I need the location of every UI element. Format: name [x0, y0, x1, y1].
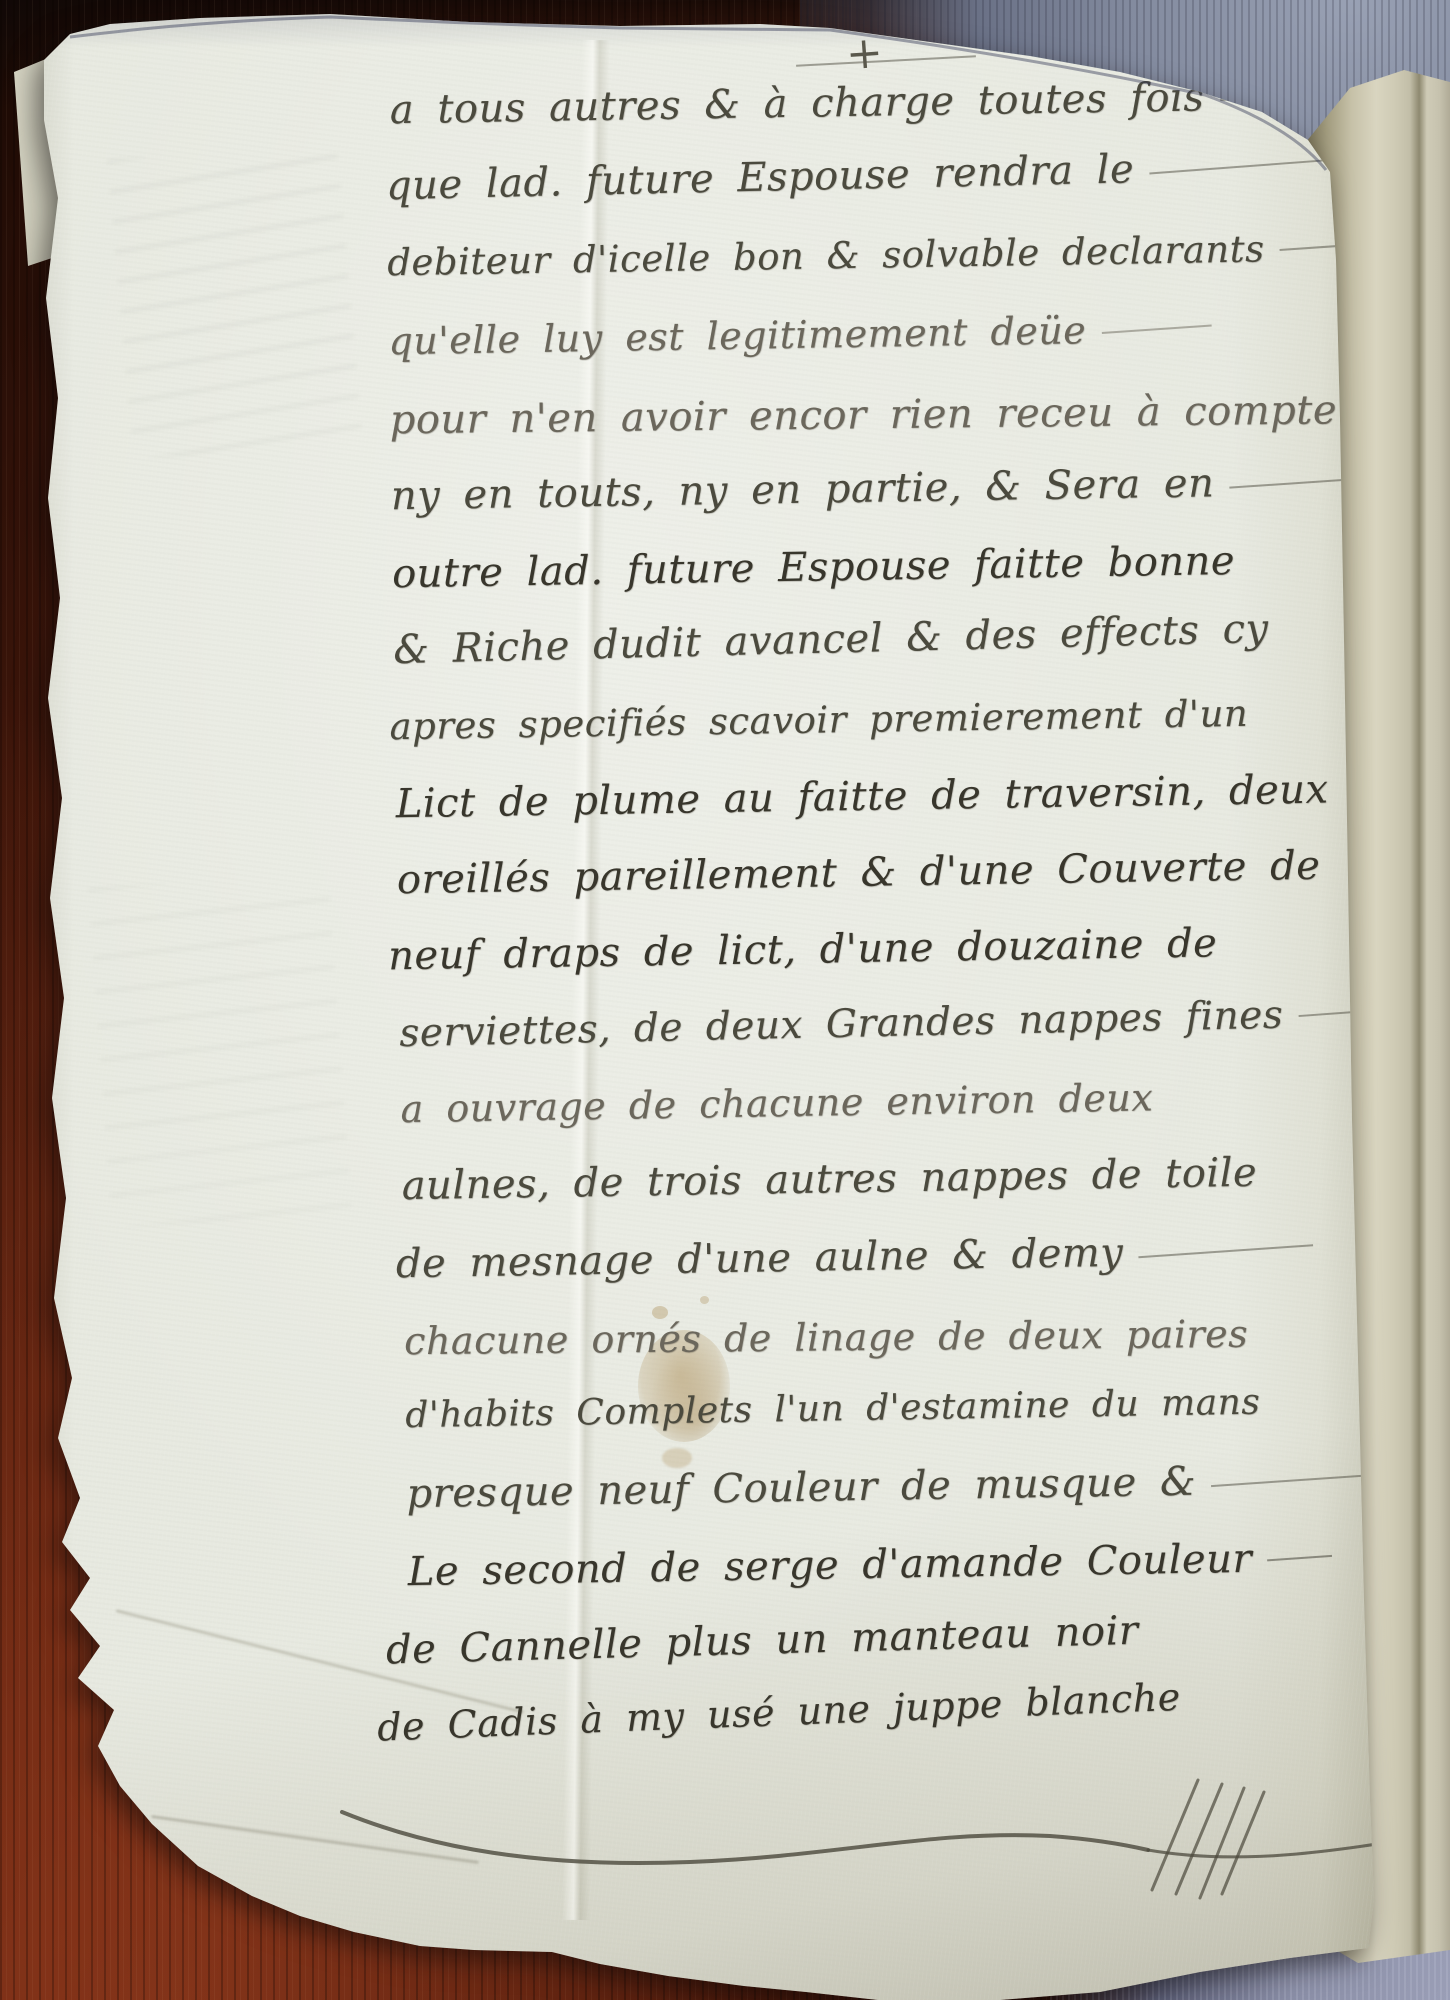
manuscript-line: apres specifiés scavoir premierement d'u… [389, 692, 1248, 748]
manuscript-page-wrap: + a tous autres & à charge toutes fois q… [0, 0, 1450, 2000]
manuscript-line: aulnes, de trois autres nappes de toile [401, 1150, 1257, 1209]
manuscript-line: que lad. future Espouse rendra le [386, 142, 1326, 209]
photo-scene: + a tous autres & à charge toutes fois q… [0, 0, 1450, 2000]
manuscript-text: a tous autres & à charge toutes fois que… [0, 0, 1450, 2000]
manuscript-line: a ouvrage de chacune environ deux [400, 1075, 1153, 1131]
manuscript-line: & Riche dudit avancel & des effects cy [393, 606, 1269, 673]
manuscript-line: serviettes, de deux Grandes nappes fines [399, 991, 1365, 1056]
manuscript-line: neuf draps de lict, d'une douzaine de [388, 920, 1218, 979]
manuscript-page: + a tous autres & à charge toutes fois q… [0, 0, 1450, 2000]
manuscript-line: chacune ornés de linage de deux paires [404, 1312, 1248, 1363]
manuscript-line: de Cannelle plus un manteau noir [385, 1608, 1139, 1674]
manuscript-line: de mesnage d'une aulne & demy [396, 1227, 1315, 1287]
manuscript-line: presque neuf Couleur de musque & [406, 1456, 1387, 1517]
manuscript-line: pour n'en avoir encor rien receu à compt… [389, 387, 1337, 443]
manuscript-line: a tous autres & à charge toutes fois [389, 72, 1330, 133]
manuscript-line: debiteur d'icelle bon & solvable declara… [387, 226, 1346, 284]
manuscript-line: d'habits Complets l'un d'estamine du man… [405, 1382, 1261, 1436]
manuscript-line: Le second de serge d'amande Couleur [407, 1535, 1333, 1596]
manuscript-line: de Cadis à my usé une juppe blanche [376, 1675, 1181, 1750]
manuscript-line: ny en touts, ny en partie, & Sera en [391, 457, 1406, 519]
manuscript-line: oreillés pareillement & d'une Couverte d… [397, 843, 1321, 904]
manuscript-line: outre lad. future Espouse faitte bonne [392, 538, 1236, 597]
manuscript-line: Lict de plume au faitte de traversin, de… [395, 767, 1328, 828]
manuscript-line: qu'elle luy est legitimement deüe [388, 306, 1212, 363]
